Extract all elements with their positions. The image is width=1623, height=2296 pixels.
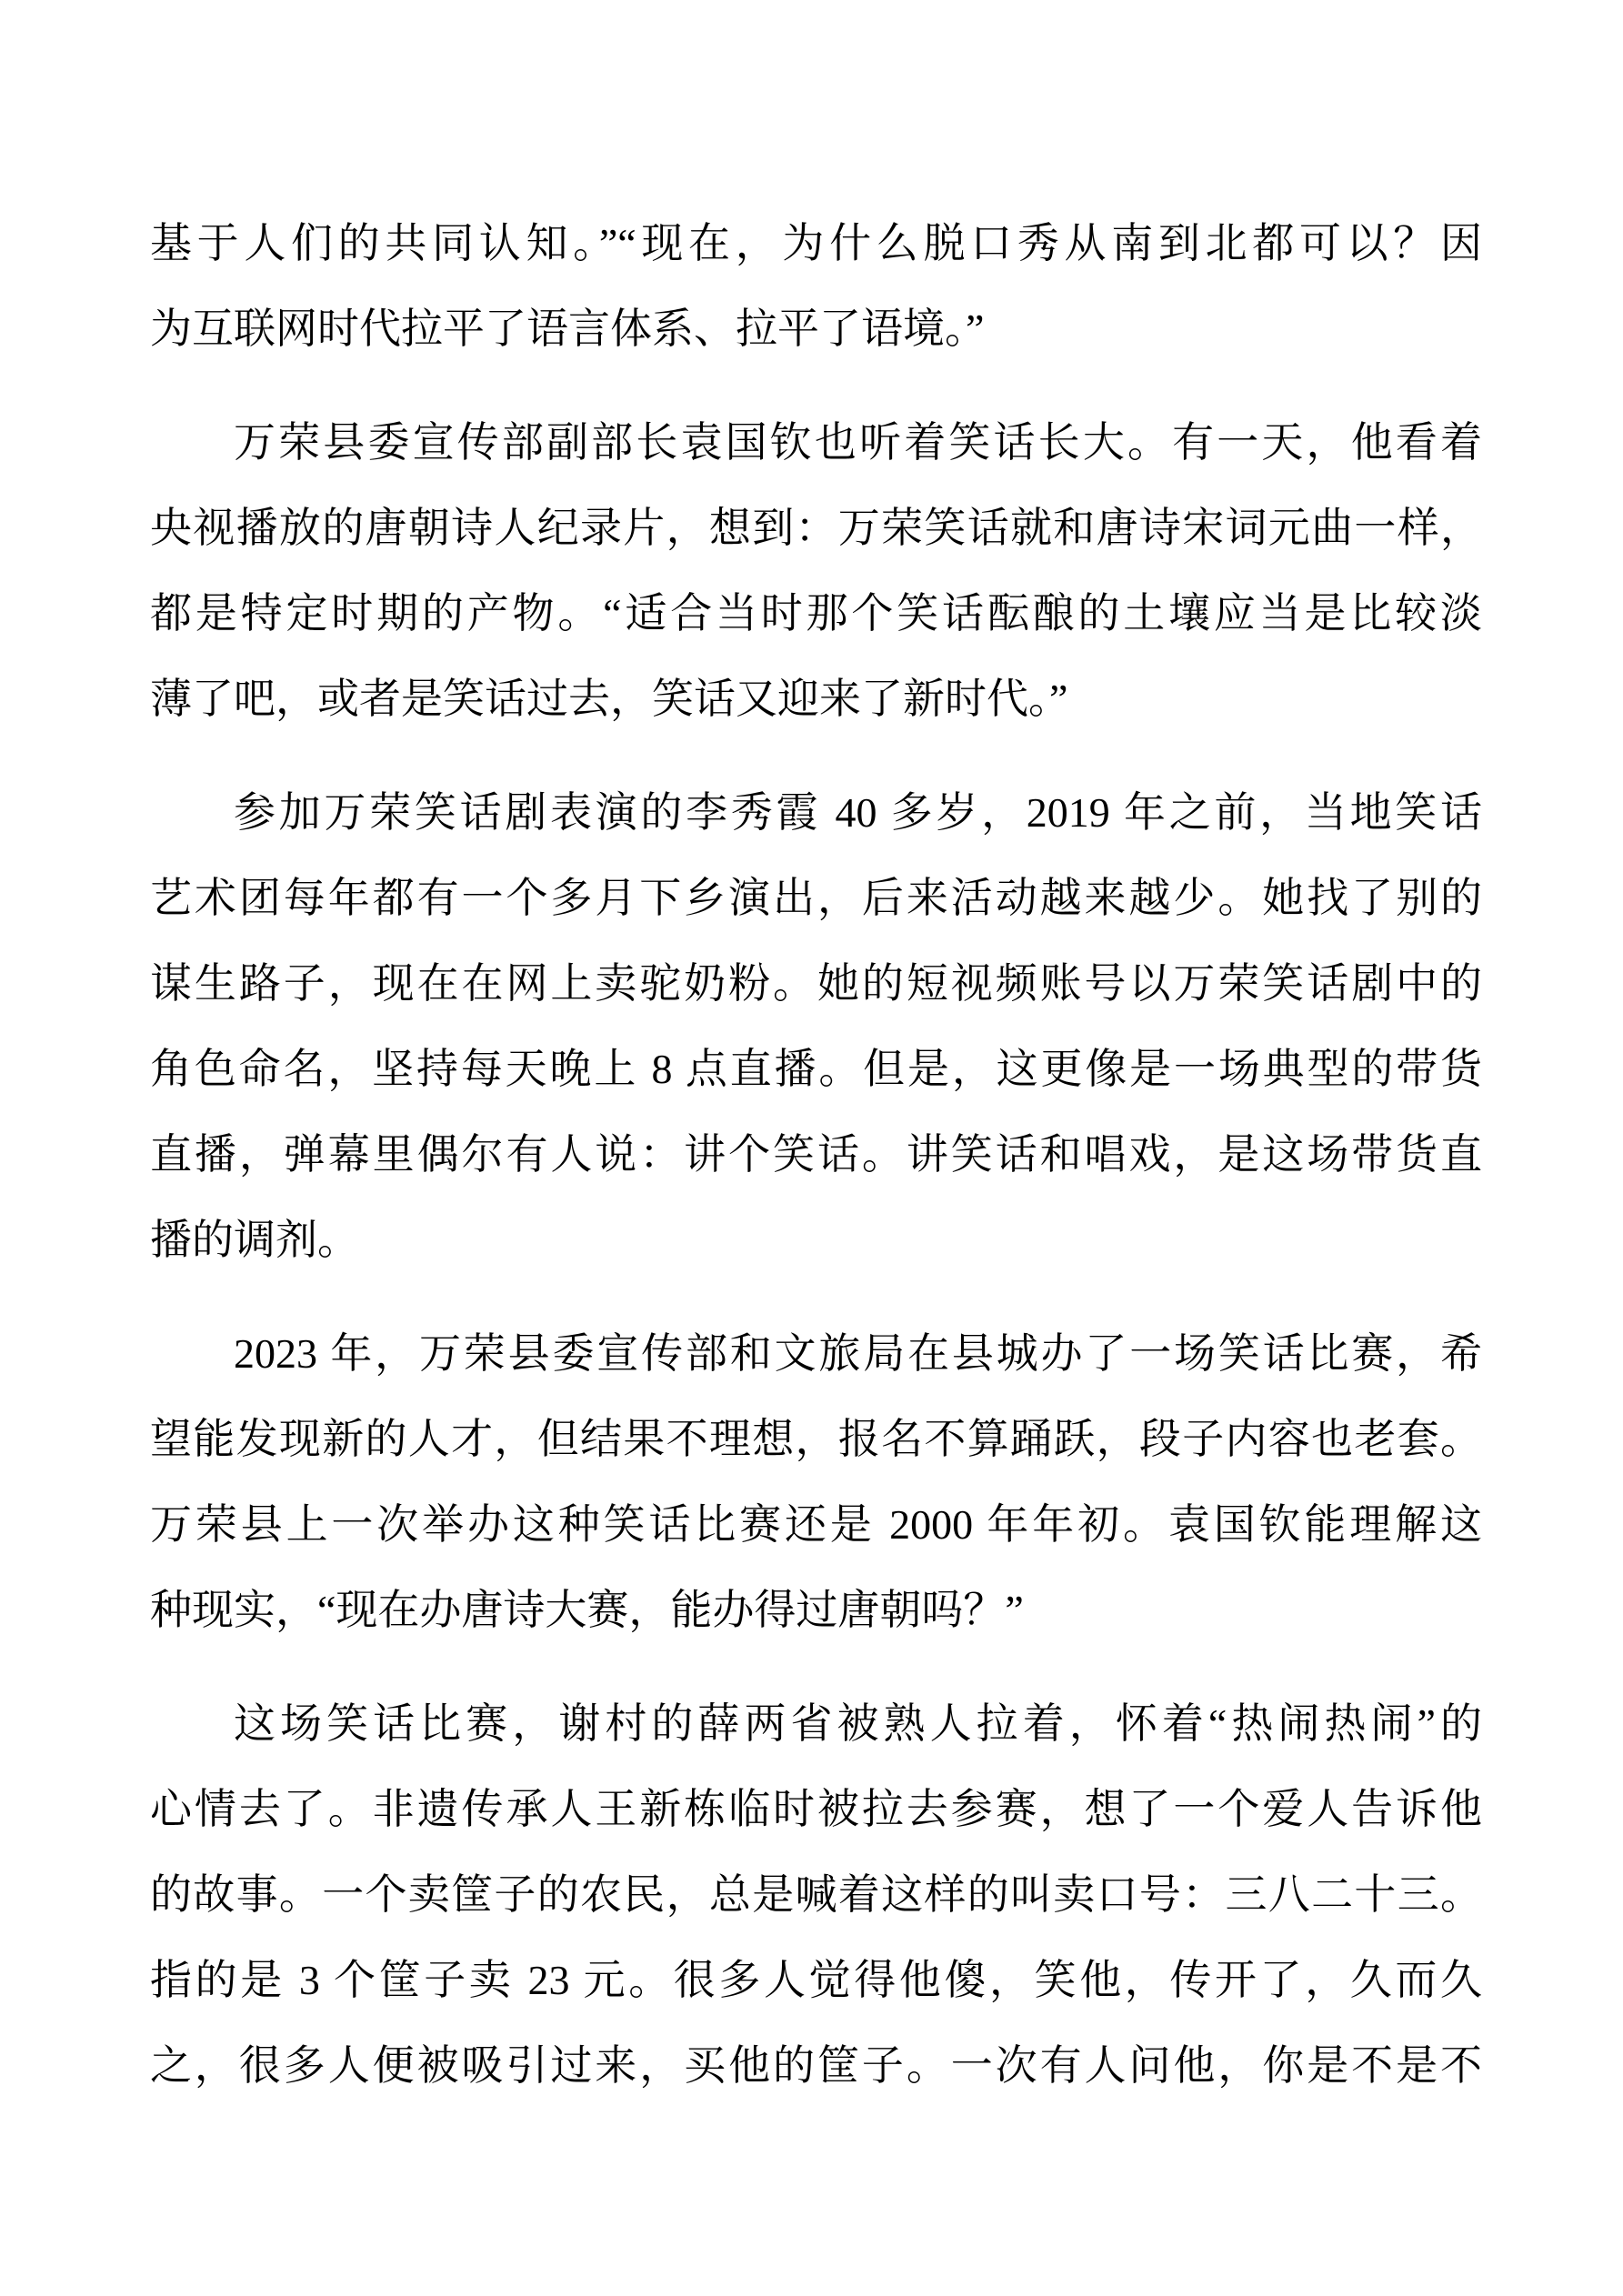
- text-line: 播的调剂。: [150, 1198, 1482, 1283]
- paragraph: 2023 年，万荣县委宣传部和文旅局在县城办了一场笑话比赛，希望能发现新的人才，…: [150, 1311, 1482, 1653]
- text-line: 艺术团每年都有一个多月下乡演出，后来活动越来越少。她找了别的: [150, 856, 1482, 941]
- text-line: 指的是 3 个筐子卖 23 元。很多人觉得他傻，笑他，传开了，久而久: [150, 1938, 1482, 2023]
- text-line: 望能发现新的人才，但结果不理想，报名不算踊跃，段子内容也老套。: [150, 1397, 1482, 1482]
- text-line: 之，很多人便被吸引过来，买他的筐子。一次有人问他，你是不是不: [150, 2023, 1482, 2109]
- paragraph: 这场笑话比赛，谢村的薛两省被熟人拉着，怀着“热闹热闹”的心情去了。非遗传承人王新…: [150, 1681, 1482, 2109]
- text-line: 万荣县上一次举办这种笑话比赛还是 2000 年年初。袁国钦能理解这: [150, 1482, 1482, 1568]
- text-line: 薄了吧，或者是笑话过去，笑话又迎来了新时代。”: [150, 657, 1482, 742]
- text-line: 种现实，“现在办唐诗大赛，能办得过唐朝吗？”: [150, 1568, 1482, 1653]
- text-line: 央视播放的唐朝诗人纪录片，想到：万荣笑话就和唐诗宋词元曲一样，: [150, 486, 1482, 571]
- text-line: 心情去了。非遗传承人王新栋临时被拉去参赛，想了一个爱人告诉他: [150, 1767, 1482, 1852]
- paragraph: 参加万荣笑话剧表演的李秀霞 40 多岁，2019 年之前，当地笑话艺术团每年都有…: [150, 770, 1482, 1283]
- text-line: 这场笑话比赛，谢村的薛两省被熟人拉着，怀着“热闹热闹”的: [150, 1681, 1482, 1767]
- text-line: 直播，弹幕里偶尔有人说：讲个笑话。讲笑话和唱戏，是这场带货直: [150, 1112, 1482, 1198]
- text-line: 的故事。一个卖筐子的农民，总是喊着这样的叫卖口号：三八二十三。: [150, 1852, 1482, 1938]
- text-line: 万荣县委宣传部副部长袁国钦也听着笑话长大。有一天，他看着: [150, 400, 1482, 486]
- paragraph: 万荣县委宣传部副部长袁国钦也听着笑话长大。有一天，他看着央视播放的唐朝诗人纪录片…: [150, 400, 1482, 742]
- text-line: 为互联网时代拉平了语言体系、拉平了语境。”: [150, 286, 1482, 372]
- text-line: 基于人们的共同认知。”“现在，为什么脱口秀从南到北都可以？因: [150, 201, 1482, 286]
- text-line: 角色命名，坚持每天晚上 8 点直播。但是，这更像是一场典型的带货: [150, 1027, 1482, 1112]
- text-line: 都是特定时期的产物。“适合当时那个笑话酝酿的土壤应当是比较淡: [150, 571, 1482, 657]
- text-line: 谋生路子，现在在网上卖驼奶粉。她的短视频账号以万荣笑话剧中的: [150, 941, 1482, 1027]
- paragraph: 基于人们的共同认知。”“现在，为什么脱口秀从南到北都可以？因为互联网时代拉平了语…: [150, 201, 1482, 372]
- text-line: 参加万荣笑话剧表演的李秀霞 40 多岁，2019 年之前，当地笑话: [150, 770, 1482, 856]
- document-body: 基于人们的共同认知。”“现在，为什么脱口秀从南到北都可以？因为互联网时代拉平了语…: [150, 201, 1482, 2109]
- document-page: 基于人们的共同认知。”“现在，为什么脱口秀从南到北都可以？因为互联网时代拉平了语…: [0, 0, 1623, 2296]
- text-line: 2023 年，万荣县委宣传部和文旅局在县城办了一场笑话比赛，希: [150, 1311, 1482, 1397]
